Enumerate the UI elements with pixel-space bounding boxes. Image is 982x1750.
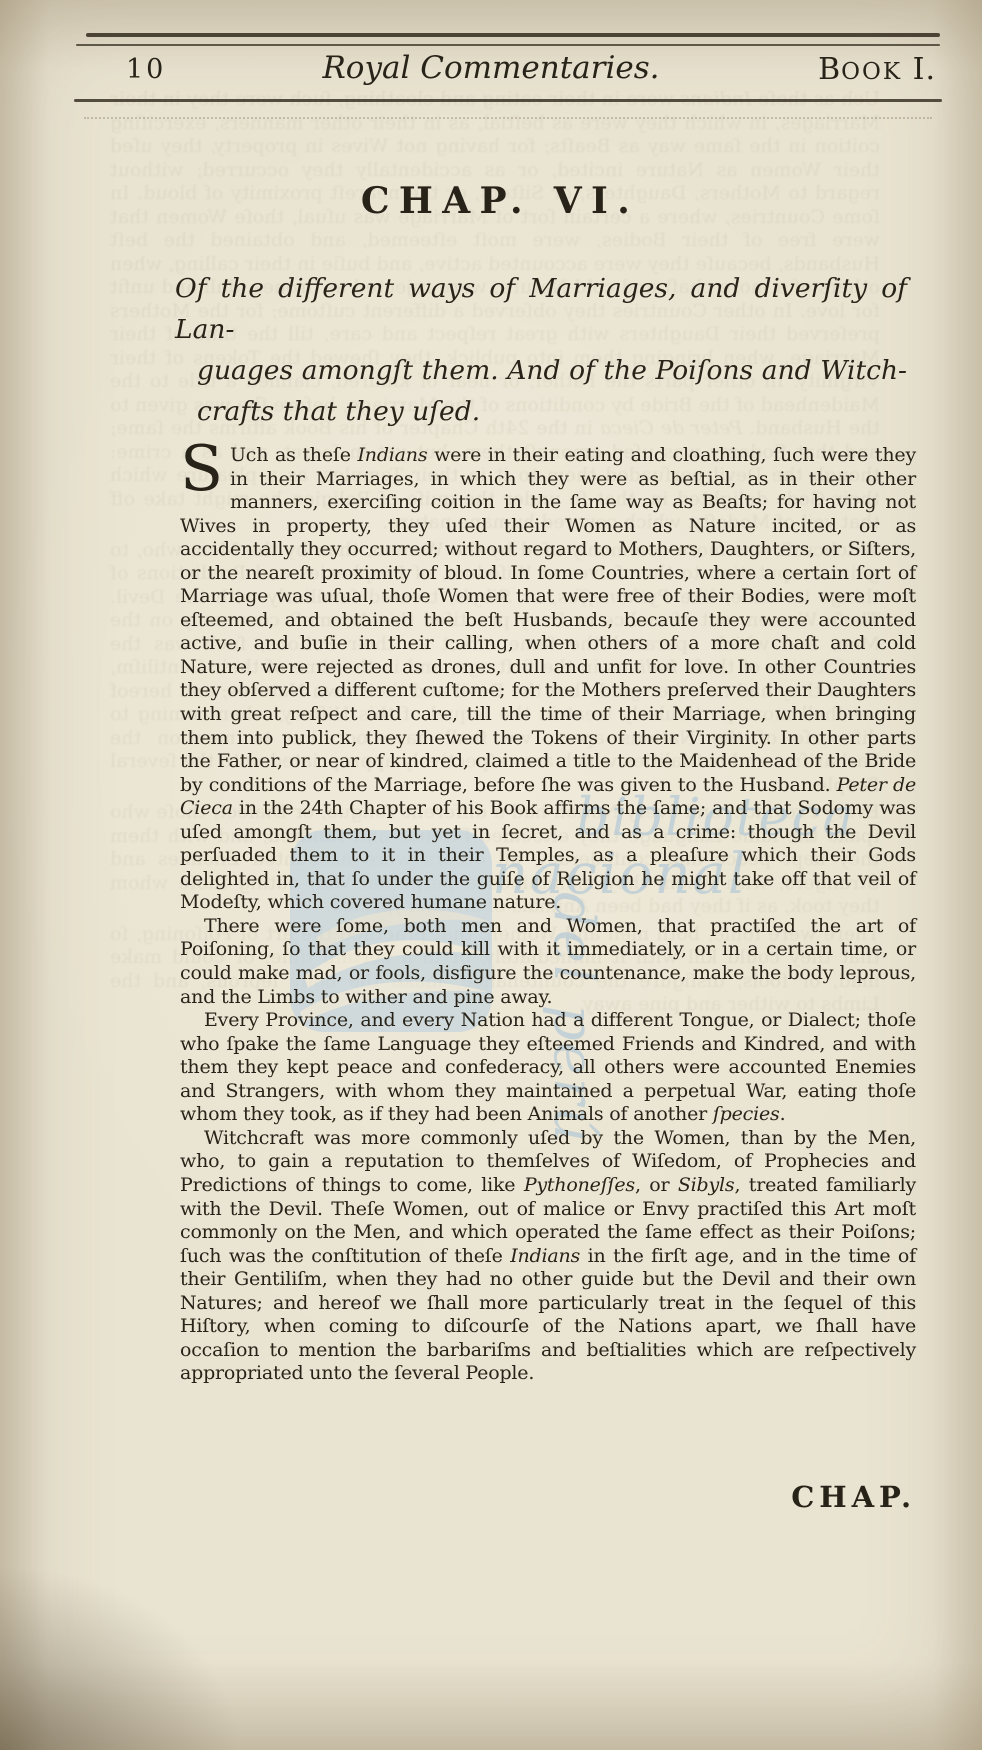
- chapter-heading: CHAP. VI.: [100, 180, 900, 222]
- header-rule-bottom: [74, 99, 942, 102]
- book-label-initial: B: [818, 52, 841, 87]
- header-rule-ghost: [84, 117, 932, 119]
- subtitle-line: crafts that they uſed.: [197, 391, 907, 432]
- drop-cap: S: [180, 444, 230, 492]
- chapter-subtitle: Of the different ways of Marriages, and …: [197, 268, 907, 432]
- paragraph: Witchcraft was more commonly uſed by the…: [180, 1127, 916, 1386]
- body-text: SUch as theſe Indians were in their eati…: [180, 444, 916, 1386]
- book-page: Uch as theſe Indians were in their eatin…: [0, 0, 982, 1750]
- paragraph: SUch as theſe Indians were in their eati…: [180, 444, 916, 915]
- book-label-smallcaps: OOK: [841, 59, 902, 85]
- subtitle-line: guages amongſt them. And of the Poiſons …: [197, 350, 907, 391]
- paragraph: There were ſome, both men and Women, tha…: [180, 915, 916, 1009]
- subtitle-line: Of the different ways of Marriages, and …: [175, 268, 907, 350]
- corner-shadow: [0, 1550, 260, 1750]
- paragraph-text: Uch as theſe Indians were in their eatin…: [180, 444, 916, 913]
- book-label-numeral: I.: [902, 52, 936, 87]
- catchword: CHAP.: [0, 1480, 916, 1514]
- header-rule-inner: [76, 44, 940, 46]
- paragraph: Every Province, and every Nation had a d…: [180, 1009, 916, 1127]
- header-rule-outer: [86, 33, 940, 37]
- book-label: BOOK I.: [818, 52, 936, 87]
